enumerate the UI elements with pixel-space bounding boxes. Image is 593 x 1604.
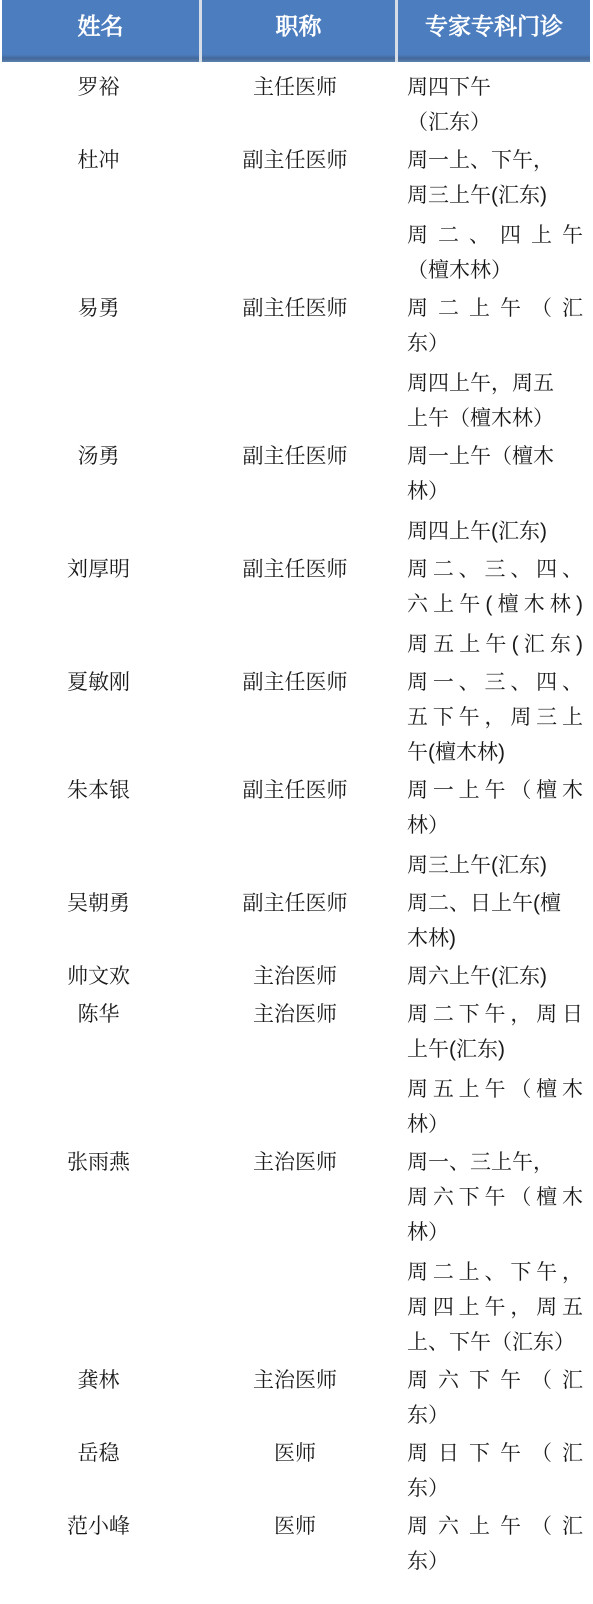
table-row: 夏敏刚副主任医师周一、三、四、五下午，周三上午(檀木林) <box>0 663 593 771</box>
table-row: 杜冲副主任医师周一上、下午，周三上午(汇东)周二、四上午（檀木林） <box>0 141 593 289</box>
schedule-entry: 周四上午(汇东) <box>407 514 583 549</box>
table-row: 范小峰医师周六上午（汇东） <box>0 1507 593 1580</box>
clinic-schedule-cell: 周日下午（汇东） <box>393 1434 593 1507</box>
schedule-entry: 周二、日上午(檀木林) <box>407 886 583 956</box>
doctor-name: 张雨燕 <box>0 1143 197 1361</box>
table-row: 帅文欢主治医师周六上午(汇东) <box>0 957 593 995</box>
table-row: 龚林主治医师周六下午（汇东） <box>0 1361 593 1434</box>
clinic-schedule-cell: 周一上午（檀木林）周四上午(汇东) <box>393 437 593 550</box>
schedule-entry: 周六上午(汇东) <box>407 959 583 994</box>
doctor-name: 汤勇 <box>0 437 197 550</box>
schedule-line: 五下午，周三上 <box>407 700 583 735</box>
header-cell-title: 职称 <box>199 0 395 62</box>
schedule-line: 东） <box>407 1471 583 1506</box>
doctor-title: 主任医师 <box>197 68 393 141</box>
doctor-name: 陈华 <box>0 995 197 1143</box>
clinic-schedule-cell: 周一、三、四、五下午，周三上午(檀木林) <box>393 663 593 771</box>
schedule-line: 周四上午，周五 <box>407 366 583 401</box>
table-row: 罗裕主任医师周四下午（汇东） <box>0 68 593 141</box>
schedule-entry: 周一上、下午，周三上午(汇东) <box>407 143 583 213</box>
clinic-schedule-cell: 周六上午（汇东） <box>393 1507 593 1580</box>
schedule-entry: 周一上午（檀木林） <box>407 439 583 509</box>
schedule-line: 木林) <box>407 921 583 956</box>
clinic-schedule-cell: 周二上午（汇东）周四上午，周五上午（檀木林） <box>393 289 593 437</box>
schedule-line: 周一、三上午， <box>407 1145 583 1180</box>
doctor-title: 主治医师 <box>197 957 393 995</box>
schedule-line: 上午（檀木林） <box>407 401 583 436</box>
schedule-entry: 周二、四上午（檀木林） <box>407 218 583 288</box>
schedule-line: 周一上、下午， <box>407 143 583 178</box>
doctor-title: 副主任医师 <box>197 550 393 663</box>
schedule-line: 周二下午，周日 <box>407 997 583 1032</box>
schedule-entry: 周一、三、四、五下午，周三上午(檀木林) <box>407 665 583 770</box>
doctor-title: 副主任医师 <box>197 437 393 550</box>
table-row: 岳稳医师周日下午（汇东） <box>0 1434 593 1507</box>
schedule-line: 周六上午(汇东) <box>407 959 583 994</box>
schedule-line: 周五上午(汇东) <box>407 627 583 662</box>
schedule-line: 周二、日上午(檀 <box>407 886 583 921</box>
schedule-entry: 周二、三、四、六上午(檀木林) <box>407 552 583 622</box>
schedule-line: 周二上午（汇 <box>407 291 583 326</box>
schedule-line: 东） <box>407 326 583 361</box>
doctor-name: 夏敏刚 <box>0 663 197 771</box>
schedule-line: 周六上午（汇 <box>407 1509 583 1544</box>
table-header-row: 姓名 职称 专家专科门诊 <box>2 0 590 62</box>
schedule-entry: 周二下午，周日上午(汇东) <box>407 997 583 1067</box>
schedule-line: （汇东） <box>407 105 583 140</box>
doctor-title: 医师 <box>197 1434 393 1507</box>
schedule-entry: 周六下午（汇东） <box>407 1363 583 1433</box>
schedule-line: 周一上午（檀木 <box>407 773 583 808</box>
doctor-title: 副主任医师 <box>197 663 393 771</box>
doctor-name: 易勇 <box>0 289 197 437</box>
schedule-line: 上、下午（汇东） <box>407 1325 583 1360</box>
header-cell-name: 姓名 <box>2 0 199 62</box>
schedule-entry: 周四上午，周五上午（檀木林） <box>407 366 583 436</box>
clinic-schedule-cell: 周一、三上午，周六下午（檀木林）周二上、下午，周四上午，周五上、下午（汇东） <box>393 1143 593 1361</box>
schedule-line: 午(檀木林) <box>407 735 583 770</box>
clinic-schedule-cell: 周二下午，周日上午(汇东)周五上午（檀木林） <box>393 995 593 1143</box>
clinic-schedule-cell: 周六下午（汇东） <box>393 1361 593 1434</box>
schedule-line: 周二、三、四、 <box>407 552 583 587</box>
doctor-name: 罗裕 <box>0 68 197 141</box>
doctor-title: 副主任医师 <box>197 771 393 884</box>
schedule-entry: 周日下午（汇东） <box>407 1436 583 1506</box>
doctor-name: 杜冲 <box>0 141 197 289</box>
schedule-entry: 周三上午(汇东) <box>407 848 583 883</box>
doctor-title: 主治医师 <box>197 1143 393 1361</box>
table-row: 张雨燕主治医师周一、三上午，周六下午（檀木林）周二上、下午，周四上午，周五上、下… <box>0 1143 593 1361</box>
doctor-title: 副主任医师 <box>197 884 393 957</box>
doctor-title: 副主任医师 <box>197 141 393 289</box>
schedule-line: 周六下午（汇 <box>407 1363 583 1398</box>
schedule-entry: 周五上午(汇东) <box>407 627 583 662</box>
table-row: 陈华主治医师周二下午，周日上午(汇东)周五上午（檀木林） <box>0 995 593 1143</box>
doctor-name: 龚林 <box>0 1361 197 1434</box>
schedule-line: 周四上午(汇东) <box>407 514 583 549</box>
clinic-schedule-cell: 周一上午（檀木林）周三上午(汇东) <box>393 771 593 884</box>
schedule-line: 周三上午(汇东) <box>407 848 583 883</box>
schedule-entry: 周二上、下午，周四上午，周五上、下午（汇东） <box>407 1255 583 1360</box>
doctor-title: 主治医师 <box>197 1361 393 1434</box>
schedule-entry: 周一、三上午，周六下午（檀木林） <box>407 1145 583 1250</box>
doctor-name: 吴朝勇 <box>0 884 197 957</box>
schedule-line: 周四上午，周五 <box>407 1290 583 1325</box>
table-body: 罗裕主任医师周四下午（汇东）杜冲副主任医师周一上、下午，周三上午(汇东)周二、四… <box>0 62 593 1604</box>
header-cell-clinic: 专家专科门诊 <box>395 0 590 62</box>
clinic-schedule-cell: 周四下午（汇东） <box>393 68 593 141</box>
table-row: 吴朝勇副主任医师周二、日上午(檀木林) <box>0 884 593 957</box>
doctor-name: 范小峰 <box>0 1507 197 1580</box>
schedule-line: 周日下午（汇 <box>407 1436 583 1471</box>
schedule-entry: 周五上午（檀木林） <box>407 1072 583 1142</box>
schedule-entry: 周一上午（檀木林） <box>407 773 583 843</box>
schedule-line: 周四下午 <box>407 70 583 105</box>
clinic-schedule-cell: 周二、三、四、六上午(檀木林)周五上午(汇东) <box>393 550 593 663</box>
doctor-name: 帅文欢 <box>0 957 197 995</box>
schedule-line: 周二上、下午， <box>407 1255 583 1290</box>
table-row: 易勇副主任医师周二上午（汇东）周四上午，周五上午（檀木林） <box>0 289 593 437</box>
doctor-name: 岳稳 <box>0 1434 197 1507</box>
schedule-line: 林） <box>407 1107 583 1142</box>
schedule-line: 周三上午(汇东) <box>407 178 583 213</box>
table-row: 朱本银副主任医师周一上午（檀木林）周三上午(汇东) <box>0 771 593 884</box>
doctor-title: 主治医师 <box>197 995 393 1143</box>
clinic-schedule-cell: 周二、日上午(檀木林) <box>393 884 593 957</box>
doctor-name: 朱本银 <box>0 771 197 884</box>
table-row: 汤勇副主任医师周一上午（檀木林）周四上午(汇东) <box>0 437 593 550</box>
clinic-schedule-cell: 周一上、下午，周三上午(汇东)周二、四上午（檀木林） <box>393 141 593 289</box>
schedule-line: 周五上午（檀木 <box>407 1072 583 1107</box>
schedule-line: 六上午(檀木林) <box>407 587 583 622</box>
schedule-line: 林） <box>407 808 583 843</box>
doctor-title: 副主任医师 <box>197 289 393 437</box>
schedule-line: 东） <box>407 1544 583 1579</box>
schedule-line: （檀木林） <box>407 253 583 288</box>
doctor-title: 医师 <box>197 1507 393 1580</box>
clinic-schedule-cell: 周六上午(汇东) <box>393 957 593 995</box>
schedule-line: 林） <box>407 1215 583 1250</box>
schedule-line: 上午(汇东) <box>407 1032 583 1067</box>
schedule-line: 周一上午（檀木 <box>407 439 583 474</box>
schedule-line: 东） <box>407 1398 583 1433</box>
schedule-entry: 周四下午（汇东） <box>407 70 583 140</box>
table-row: 刘厚明副主任医师周二、三、四、六上午(檀木林)周五上午(汇东) <box>0 550 593 663</box>
schedule-line: 林） <box>407 474 583 509</box>
schedule-line: 周六下午（檀木 <box>407 1180 583 1215</box>
schedule-line: 周二、四上午 <box>407 218 583 253</box>
schedule-line: 周一、三、四、 <box>407 665 583 700</box>
doctor-schedule-table: 姓名 职称 专家专科门诊 罗裕主任医师周四下午（汇东）杜冲副主任医师周一上、下午… <box>0 0 593 1604</box>
doctor-name: 刘厚明 <box>0 550 197 663</box>
schedule-entry: 周六上午（汇东） <box>407 1509 583 1579</box>
schedule-entry: 周二上午（汇东） <box>407 291 583 361</box>
